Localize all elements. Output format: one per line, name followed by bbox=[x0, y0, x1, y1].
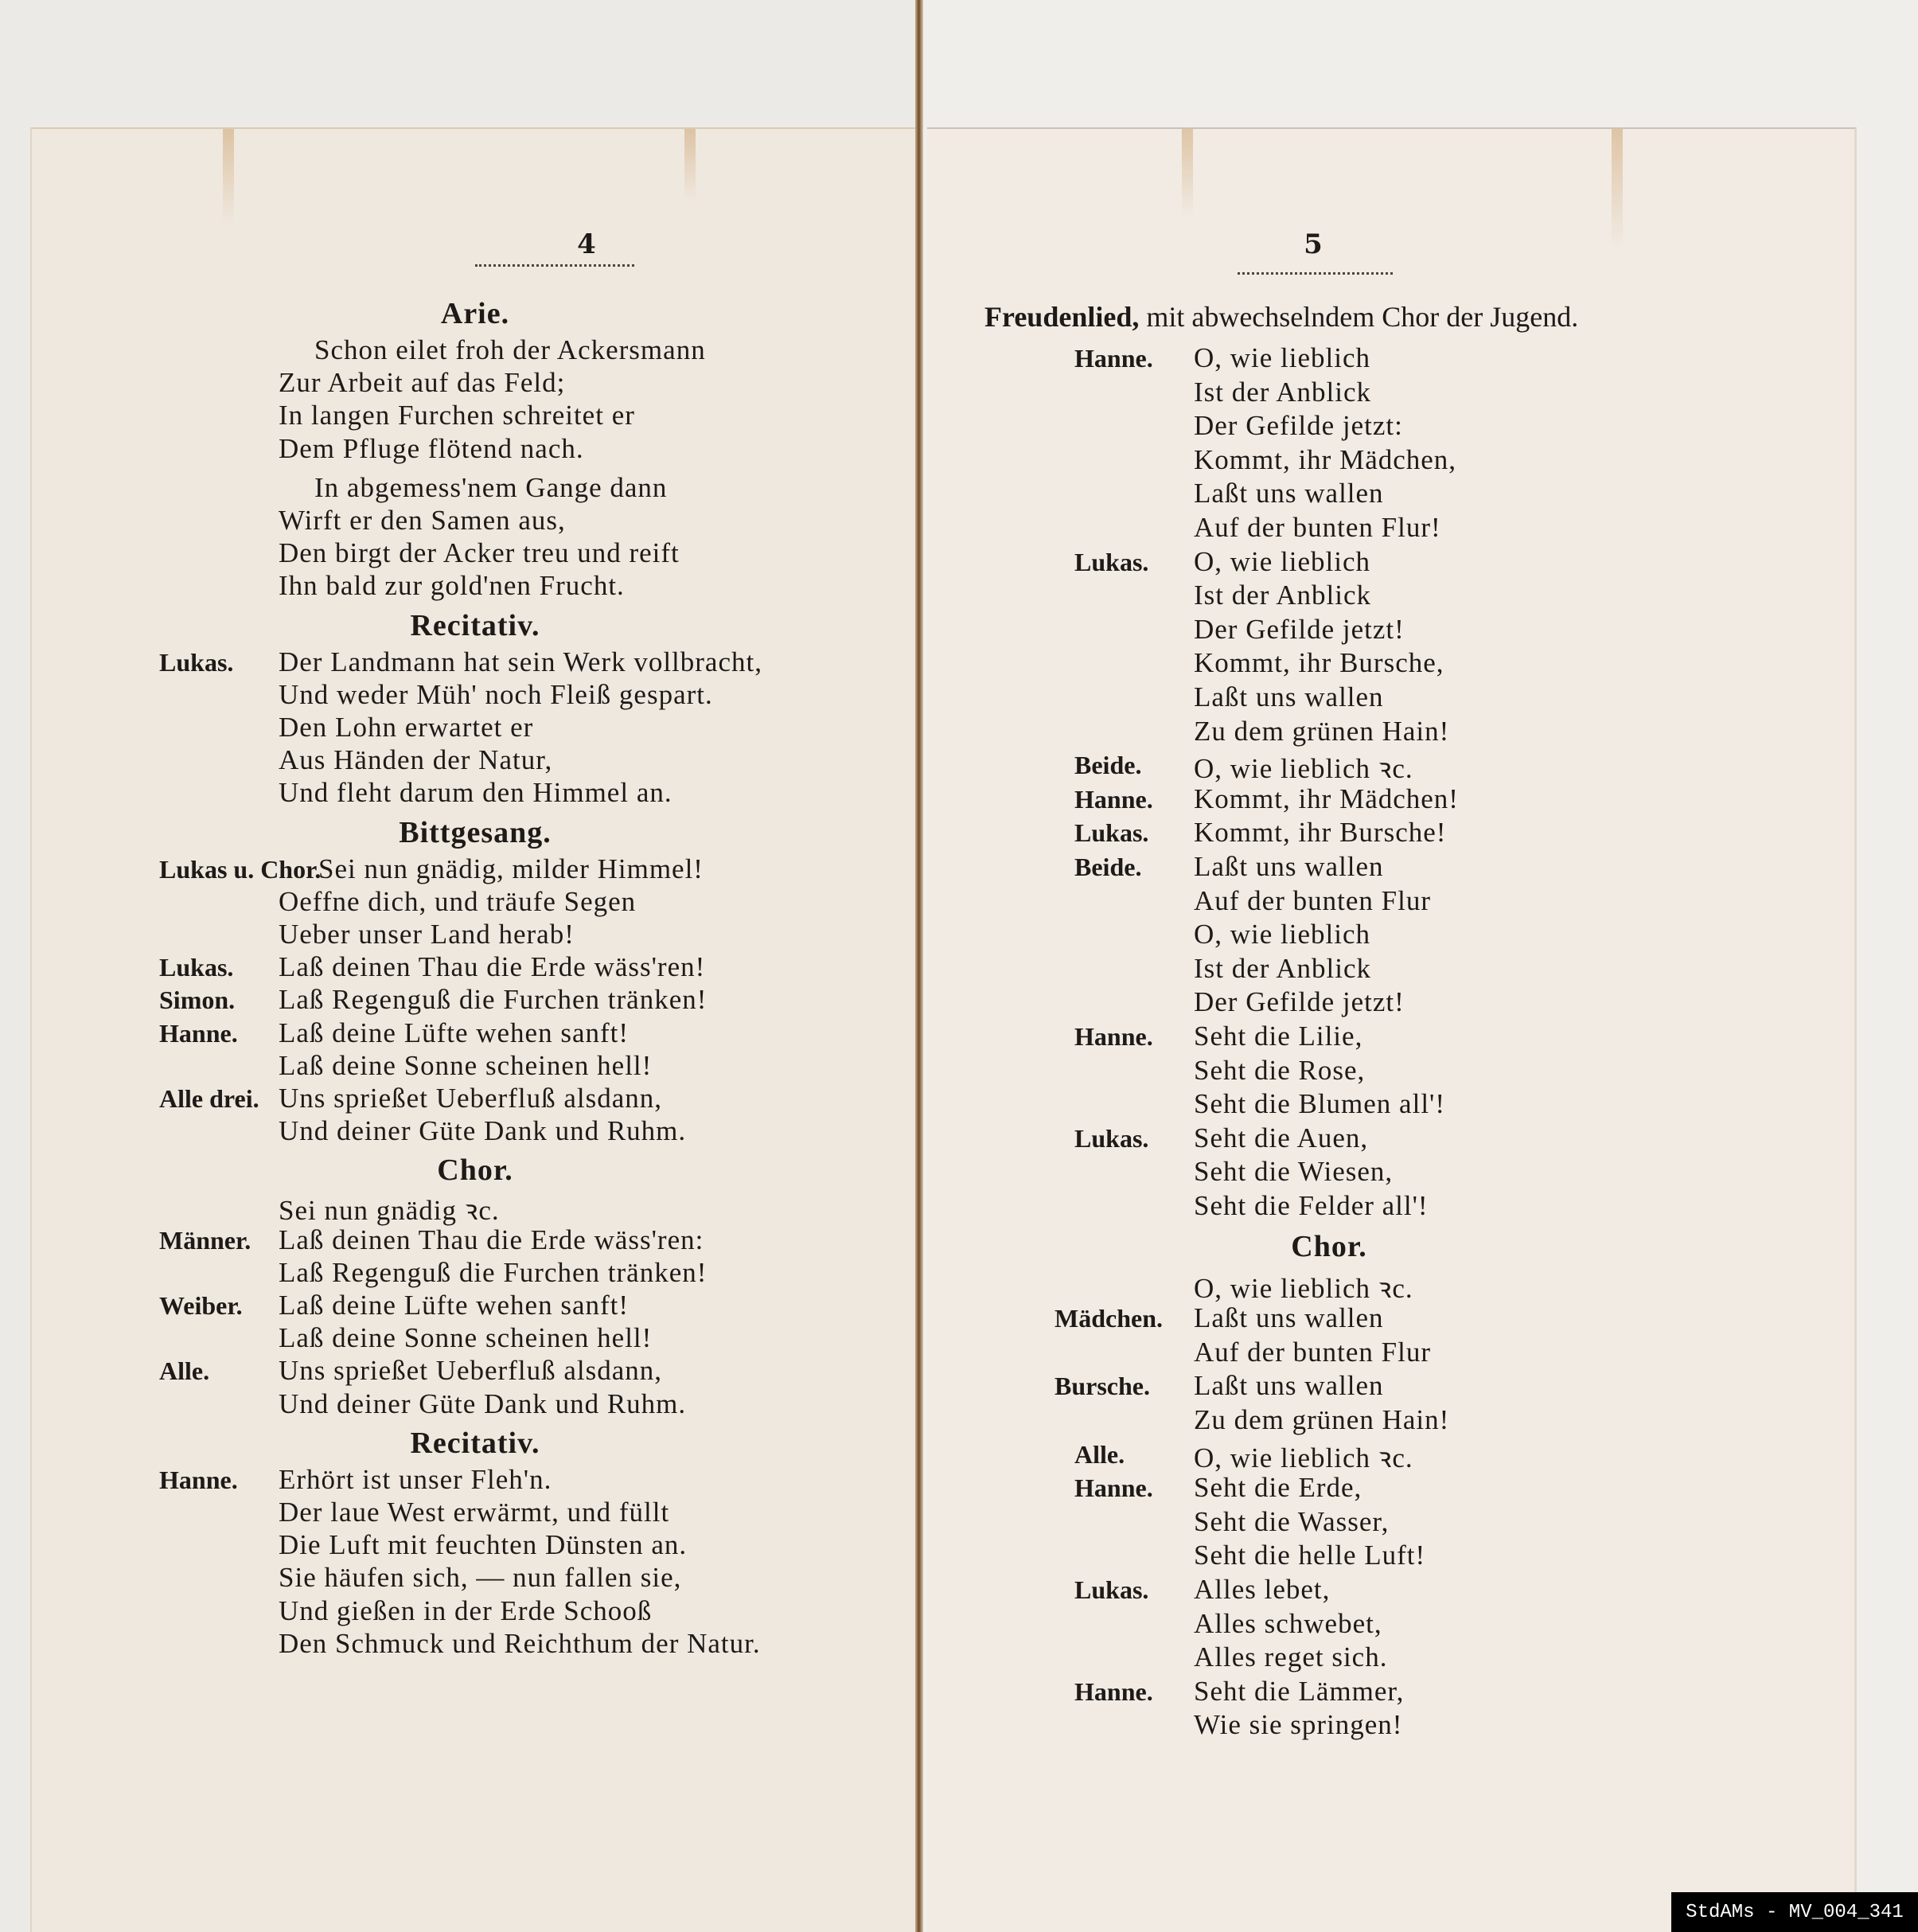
verse-line: Auf der bunten Flur! bbox=[1194, 512, 1441, 544]
verse-line: Alles reget sich. bbox=[1194, 1641, 1387, 1673]
speaker-name: Hanne. bbox=[159, 1466, 238, 1495]
verse-line: Laß deine Lüfte wehen sanft! bbox=[279, 1290, 629, 1321]
speaker-name: Hanne. bbox=[159, 1019, 238, 1048]
verse-line: Dem Pfluge flötend nach. bbox=[279, 433, 584, 465]
verse-line: Laß deine Sonne scheinen hell! bbox=[279, 1050, 652, 1082]
verse-line: Seht die Rose, bbox=[1194, 1055, 1365, 1087]
verse-line: Kommt, ihr Mädchen, bbox=[1194, 444, 1456, 476]
verse-line: Und fleht darum den Himmel an. bbox=[279, 777, 672, 809]
verse-line: Auf der bunten Flur bbox=[1194, 1337, 1431, 1368]
verse-line: Ist der Anblick bbox=[1194, 377, 1371, 408]
section-title-rest: mit abwechselndem Chor der Jugend. bbox=[1139, 301, 1578, 333]
verse-line: Kommt, ihr Mädchen! bbox=[1194, 783, 1459, 815]
verse-line: Der Gefilde jetzt! bbox=[1194, 986, 1405, 1018]
verse-line: Seht die Lilie, bbox=[1194, 1021, 1362, 1052]
verse-line: Uns sprießet Ueberfluß alsdann, bbox=[279, 1083, 662, 1114]
speaker-name: Hanne. bbox=[1074, 1473, 1153, 1503]
verse-line: Ist der Anblick bbox=[1194, 953, 1371, 985]
verse-line: Seht die helle Luft! bbox=[1194, 1540, 1425, 1571]
verse-line: Den Lohn erwartet er bbox=[279, 712, 533, 744]
verse-line: Der Landmann hat sein Werk vollbracht, bbox=[279, 646, 762, 678]
verse-line: Zu dem grünen Hain! bbox=[1194, 716, 1449, 747]
verse-line: Laßt uns wallen bbox=[1194, 681, 1384, 713]
verse-line: Und deiner Güte Dank und Ruhm. bbox=[279, 1388, 686, 1420]
verse-line: Laß deine Sonne scheinen hell! bbox=[279, 1322, 652, 1354]
verse-line: Alles lebet, bbox=[1194, 1574, 1330, 1606]
verse-line: Seht die Felder all'! bbox=[1194, 1190, 1429, 1222]
verse-line: O, wie lieblich bbox=[1194, 342, 1370, 374]
verse-line: Zur Arbeit auf das Feld; bbox=[279, 367, 565, 399]
verse-line: Wirft er den Samen aus, bbox=[279, 505, 566, 537]
verse-line: Uns sprießet Ueberfluß alsdann, bbox=[279, 1355, 662, 1387]
verse-line: Ihn bald zur gold'nen Frucht. bbox=[279, 570, 625, 602]
speaker-name: Hanne. bbox=[1074, 344, 1153, 373]
speaker-name: Alle drei. bbox=[159, 1084, 259, 1114]
speaker-name: Alle. bbox=[159, 1356, 209, 1386]
verse-line: Seht die Auen, bbox=[1194, 1122, 1368, 1154]
verse-line: O, wie lieblich ꝛc. bbox=[1194, 749, 1413, 786]
section-heading: Chor. bbox=[1210, 1229, 1448, 1264]
speaker-name: Simon. bbox=[159, 986, 235, 1015]
verse-line: Kommt, ihr Bursche! bbox=[1194, 817, 1446, 849]
verse-line: Den Schmuck und Reichthum der Natur. bbox=[279, 1628, 761, 1660]
speaker-name: Männer. bbox=[159, 1226, 251, 1255]
verse-line: Laßt uns wallen bbox=[1194, 1302, 1384, 1334]
section-title-bold: Freudenlied, bbox=[984, 301, 1139, 333]
verse-line: Der laue West erwärmt, und füllt bbox=[279, 1497, 669, 1528]
verse-line: Oeffne dich, und träufe Segen bbox=[279, 886, 636, 918]
verse-line: Wie sie springen! bbox=[1194, 1709, 1402, 1741]
verse-line: In langen Furchen schreitet er bbox=[279, 400, 635, 431]
speaker-name: Lukas. bbox=[1074, 1575, 1148, 1605]
speaker-name: Lukas u. Chor. bbox=[159, 855, 321, 884]
verse-line: Laßt uns wallen bbox=[1194, 851, 1384, 883]
verse-line: In abgemess'nem Gange dann bbox=[314, 472, 667, 504]
verse-line: Der Gefilde jetzt: bbox=[1194, 410, 1403, 442]
verse-line: Laß deinen Thau die Erde wäss'ren: bbox=[279, 1224, 704, 1256]
speaker-name: Hanne. bbox=[1074, 1677, 1153, 1707]
speaker-name: Beide. bbox=[1074, 751, 1141, 780]
verse-line: Laßt uns wallen bbox=[1194, 478, 1384, 509]
verse-line: Seht die Wiesen, bbox=[1194, 1156, 1393, 1188]
verse-line: O, wie lieblich ꝛc. bbox=[1194, 1438, 1413, 1476]
verse-line: Den birgt der Acker treu und reift bbox=[279, 537, 680, 569]
verse-line: Sei nun gnädig ꝛc. bbox=[279, 1191, 500, 1228]
verse-line: Der Gefilde jetzt! bbox=[1194, 614, 1405, 646]
verse-line: O, wie lieblich bbox=[1194, 546, 1370, 578]
section-heading: Recitativ. bbox=[316, 1426, 634, 1461]
page-number: 4 bbox=[555, 228, 618, 260]
speaker-name: Hanne. bbox=[1074, 1022, 1153, 1052]
verse-line: Seht die Lämmer, bbox=[1194, 1676, 1404, 1708]
verse-line: Und weder Müh' noch Fleiß gespart. bbox=[279, 679, 713, 711]
section-heading: Chor. bbox=[316, 1153, 634, 1188]
verse-line: Und deiner Güte Dank und Ruhm. bbox=[279, 1115, 686, 1147]
verse-line: Seht die Wasser, bbox=[1194, 1506, 1389, 1538]
verse-line: Alles schwebet, bbox=[1194, 1608, 1382, 1640]
left-page: 4 Arie.Schon eilet froh der AckersmannZu… bbox=[30, 127, 919, 1932]
verse-line: Kommt, ihr Bursche, bbox=[1194, 647, 1444, 679]
speaker-name: Bursche. bbox=[1055, 1372, 1150, 1401]
verse-line: Seht die Erde, bbox=[1194, 1472, 1362, 1504]
section-title: Freudenlied, mit abwechselndem Chor der … bbox=[984, 300, 1578, 334]
speaker-name: Lukas. bbox=[1074, 548, 1148, 577]
verse-line: Schon eilet froh der Ackersmann bbox=[314, 334, 706, 366]
section-heading: Recitativ. bbox=[316, 608, 634, 643]
speaker-name: Weiber. bbox=[159, 1291, 243, 1321]
speaker-name: Beide. bbox=[1074, 853, 1141, 882]
verse-line: Und gießen in der Erde Schooß bbox=[279, 1595, 652, 1627]
verse-line: O, wie lieblich bbox=[1194, 919, 1370, 950]
water-stain bbox=[684, 129, 696, 201]
page-number: 5 bbox=[1281, 228, 1345, 260]
verse-line: Laß deinen Thau die Erde wäss'ren! bbox=[279, 951, 705, 983]
verse-line: Laß deine Lüfte wehen sanft! bbox=[279, 1017, 629, 1049]
speaker-name: Alle. bbox=[1074, 1440, 1125, 1469]
verse-line: Zu dem grünen Hain! bbox=[1194, 1404, 1449, 1436]
verse-line: Die Luft mit feuchten Dünsten an. bbox=[279, 1529, 687, 1561]
verse-line: Sei nun gnädig, milder Himmel! bbox=[318, 853, 704, 885]
right-page: 5 Freudenlied, mit abwechselndem Chor de… bbox=[927, 127, 1857, 1932]
verse-line: Laß Regenguß die Furchen tränken! bbox=[279, 1257, 707, 1289]
verse-line: Aus Händen der Natur, bbox=[279, 744, 552, 776]
verse-line: Seht die Blumen all'! bbox=[1194, 1088, 1445, 1120]
section-heading: Bittgesang. bbox=[316, 815, 634, 850]
speaker-name: Lukas. bbox=[159, 648, 233, 677]
speaker-name: Lukas. bbox=[159, 953, 233, 982]
water-stain bbox=[1612, 129, 1623, 248]
verse-line: Sie häufen sich, — nun fallen sie, bbox=[279, 1562, 681, 1594]
verse-line: Erhört ist unser Fleh'n. bbox=[279, 1464, 552, 1496]
verse-line: Laß Regenguß die Furchen tränken! bbox=[279, 984, 707, 1016]
book-spine bbox=[915, 0, 923, 1932]
water-stain bbox=[1182, 129, 1193, 217]
archive-label: StdAMs - MV_004_341 bbox=[1671, 1892, 1918, 1932]
speaker-name: Lukas. bbox=[1074, 1124, 1148, 1153]
speaker-name: Mädchen. bbox=[1055, 1304, 1163, 1333]
verse-line: Ist der Anblick bbox=[1194, 580, 1371, 611]
verse-line: Ueber unser Land herab! bbox=[279, 919, 575, 950]
verse-line: O, wie lieblich ꝛc. bbox=[1194, 1269, 1413, 1306]
ornamental-rule bbox=[1238, 264, 1393, 275]
ornamental-rule bbox=[475, 256, 634, 267]
verse-line: Laßt uns wallen bbox=[1194, 1370, 1384, 1402]
verse-line: Auf der bunten Flur bbox=[1194, 885, 1431, 917]
speaker-name: Hanne. bbox=[1074, 785, 1153, 814]
water-stain bbox=[223, 129, 234, 224]
section-heading: Arie. bbox=[316, 296, 634, 331]
speaker-name: Lukas. bbox=[1074, 818, 1148, 848]
